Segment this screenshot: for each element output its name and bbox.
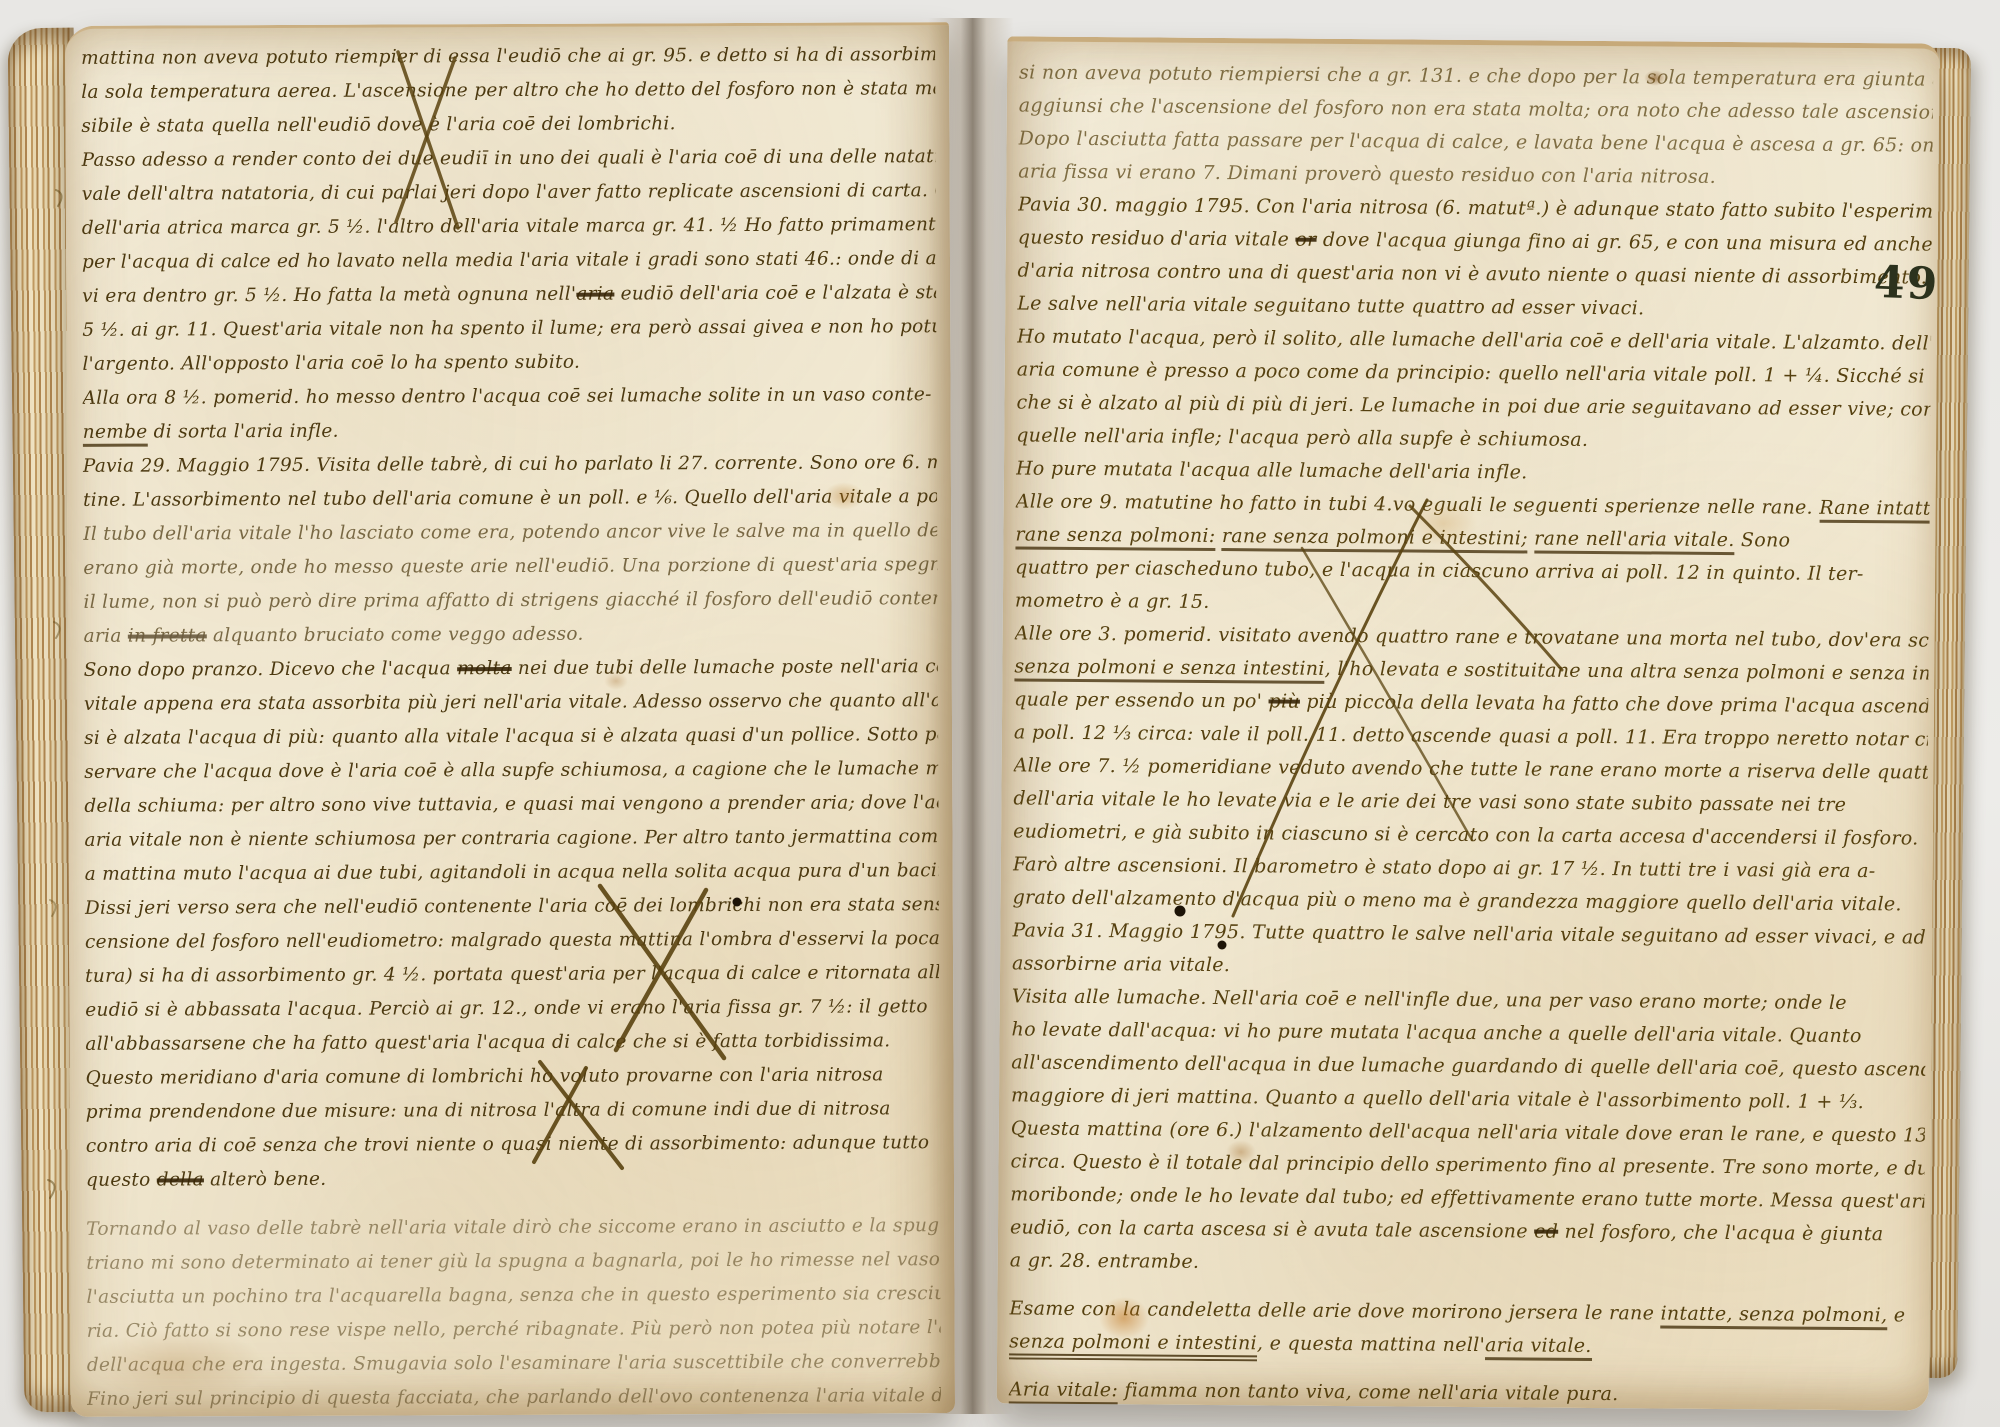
handwritten-line: triano mi sono determinato ai tener giù … [86,1244,940,1282]
handwritten-line: censione del fosforo nell'eudiometro: ma… [85,923,939,961]
handwritten-line: Dissi jeri verso sera che nell'eudiō con… [85,889,939,927]
handwritten-line: servare che l'acqua dove è l'aria coē è … [84,753,938,791]
handwritten-line: vi era dentro gr. 5 ½. Ho fatta la metà … [82,277,936,315]
page-number: 49 [1873,257,1940,310]
handwritten-line: erano già morte, onde ho messo queste ar… [83,549,937,587]
handwritten-line: a gr. 28. entrambe. [1010,1245,1924,1285]
handwritten-line: si è alzata l'acqua di più: quanto alla … [84,719,938,757]
handwritten-line: prima prendendone due misure: una di nit… [86,1093,940,1131]
handwritten-line: Il tubo dell'aria vitale l'ho lasciato c… [83,515,937,553]
handwritten-line: Aria vitale: fiamma non tanto viva, come… [1009,1374,1923,1410]
handwritten-line: eudiō si è abbassata l'acqua. Perciò ai … [85,991,939,1029]
handwritten-line: Alla ora 8 ½. pomerid. ho messo dentro l… [83,379,937,417]
handwritten-line: contro aria di coē senza che trovi nient… [86,1127,940,1165]
handwritten-line: Pavia 29. Maggio 1795. Visita delle tabr… [83,447,937,485]
handwritten-line: il lume, non si può però dire prima affa… [83,583,937,621]
right-page-leaf: si non aveva potuto riempiersi che a gr.… [997,36,1940,1410]
handwritten-line: Tornando al vaso delle tabrè nell'aria v… [86,1210,940,1248]
handwritten-line: questo della alterò bene. [86,1161,940,1199]
handwritten-line: senza polmoni e intestini, e questa matt… [1009,1326,1923,1366]
handwritten-line: aria vitale non è niente schiumosa per c… [84,821,938,859]
handwritten-line: Questo meridiano d'aria comune di lombri… [85,1059,939,1097]
handwritten-line: Fino jeri sul principio di questa faccia… [87,1380,941,1417]
handwritten-line: tine. L'assorbimento nel tubo dell'aria … [83,481,937,519]
handwritten-line: Passo adesso a render conto dei due eudi… [81,141,935,179]
handwritten-line: a mattina muto l'acqua ai due tubi, agit… [85,855,939,893]
handwritten-line: vitale appena era stata assorbita più je… [84,685,938,723]
handwritten-line: 5 ½. ai gr. 11. Quest'aria vitale non ha… [82,311,936,349]
handwritten-line: l'argento. All'opposto l'aria coē lo ha … [82,345,936,383]
left-page-text: mattina non aveva potuto riempier di ess… [65,25,955,1417]
handwritten-line: dell'acqua che era ingesta. Smugavia sol… [87,1346,941,1384]
left-page-leaf: mattina non aveva potuto riempier di ess… [65,22,955,1417]
handwritten-line: sibile è stata quella nell'eudiō dove è … [81,107,935,145]
handwritten-line: vale dell'altra natatoria, di cui parlai… [82,175,936,213]
handwritten-line: dell'aria atrica marca gr. 5 ½. l'altro … [82,209,936,247]
handwritten-line: ria. Ciò fatto si sono rese vispe nello,… [87,1312,941,1350]
handwritten-line: aria in fretta alquanto bruciato come ve… [84,617,938,655]
handwritten-line: nembe di sorta l'aria infle. [83,413,937,451]
handwritten-line: mattina non aveva potuto riempier di ess… [81,39,935,77]
handwritten-line: della schiuma: per altro sono vive tutta… [84,787,938,825]
right-page-text: si non aveva potuto riempiersi che a gr.… [997,41,1940,1410]
handwritten-line: Sono dopo pranzo. Dicevo che l'acqua mol… [84,651,938,689]
manuscript-photo: mattina non aveva potuto riempier di ess… [0,0,2000,1427]
handwritten-line: all'abbassarsene che ha fatto quest'aria… [85,1025,939,1063]
handwritten-line: per l'acqua di calce ed ho lavato nella … [82,243,936,281]
handwritten-line: l'asciutta un pochino tra l'acquarella b… [86,1278,940,1316]
handwritten-line: la sola temperatura aerea. L'ascensione … [81,73,935,111]
handwritten-line: tura) si ha di assorbimento gr. 4 ½. por… [85,957,939,995]
